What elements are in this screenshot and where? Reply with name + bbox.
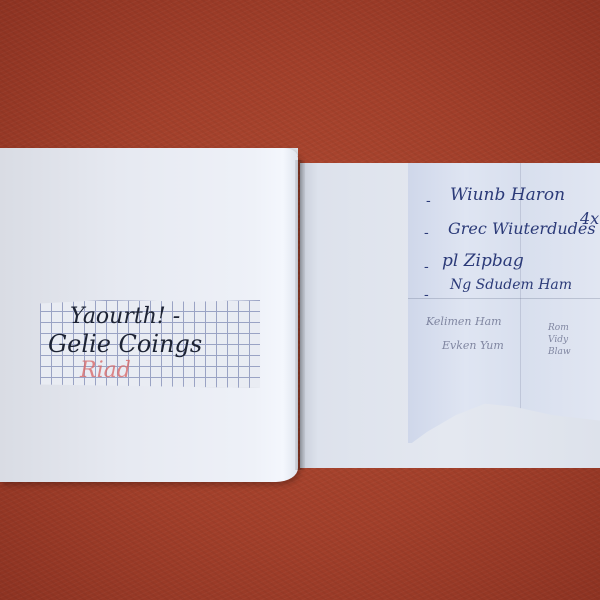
fold-crease <box>520 163 521 443</box>
open-notebook: Yaourth! - Gelie Coings Riad - Wiunb Har… <box>0 0 600 600</box>
list-bullet: - <box>424 259 429 275</box>
margin-note: Vidy <box>548 335 568 345</box>
note-line: Gelie Coings <box>48 330 202 358</box>
margin-note: Blaw <box>548 347 571 357</box>
fold-crease <box>408 298 600 299</box>
margin-note: Rom <box>548 323 569 333</box>
faint-line: Evken Yum <box>442 339 504 352</box>
list-bullet: - <box>424 225 429 241</box>
list-note: 4x <box>580 209 599 228</box>
handwritten-list-note: - Wiunb Haron - Grec Wiuterdudes 4x - pl… <box>408 163 600 443</box>
list-bullet: - <box>424 287 429 303</box>
note-line: Yaourth! - <box>70 304 180 329</box>
list-item: pl Zipbag <box>442 251 524 271</box>
list-bullet: - <box>426 193 431 209</box>
list-item: Grec Wiuterdudes <box>448 219 596 238</box>
list-item: Wiunb Haron <box>450 185 565 205</box>
note-line-red: Riad <box>80 358 131 383</box>
notebook-gutter <box>295 160 305 470</box>
list-item: Ng Sdudem Ham <box>450 277 572 293</box>
faint-line: Kelimen Ham <box>426 315 502 328</box>
grid-paper-note: Yaourth! - Gelie Coings Riad <box>40 300 260 388</box>
